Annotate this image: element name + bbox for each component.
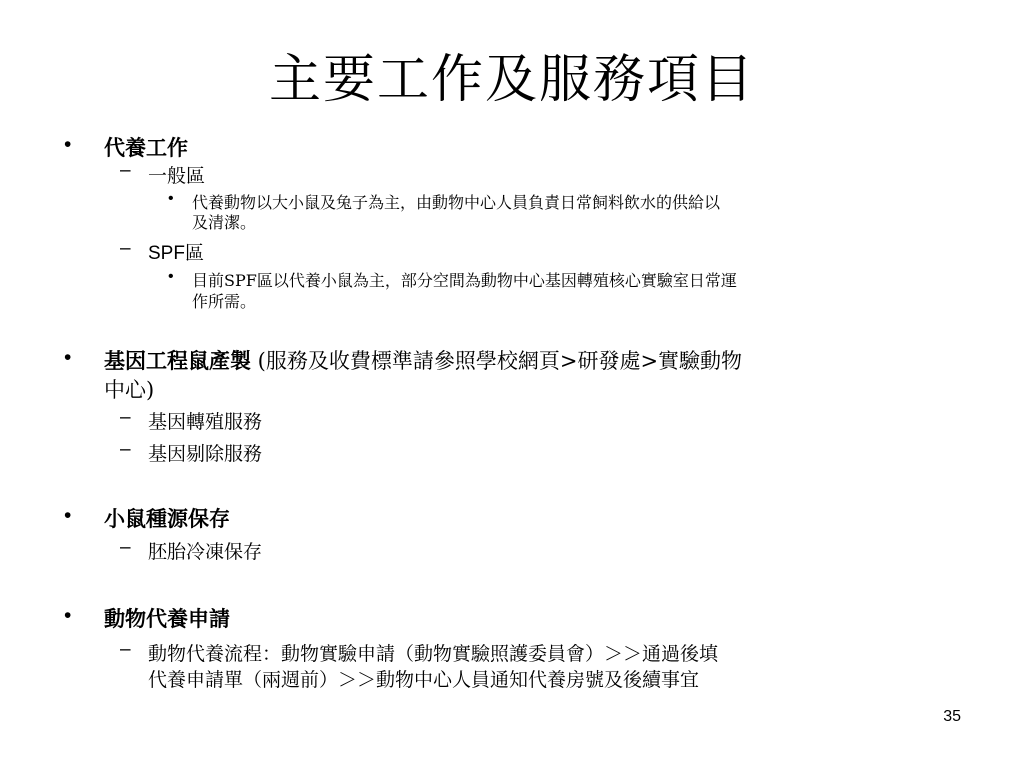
slide-body: • 代養工作 – 一般區 • 代養動物以大小鼠及兔子為主，由動物中心人員負責日常…: [0, 0, 1024, 768]
bullet-icon: •: [64, 133, 71, 157]
sub-item: 基因轉殖服務: [148, 407, 262, 434]
section-heading: 小鼠種源保存: [104, 503, 230, 533]
dash-icon: –: [120, 439, 131, 461]
dash-icon: –: [120, 639, 131, 661]
bullet-icon: •: [168, 268, 174, 286]
bullet-icon: •: [168, 190, 174, 208]
page-number: 35: [943, 708, 961, 726]
detail-text: 目前SPF區以代養小鼠為主，部分空間為動物中心基因轉殖核心實驗室日常運: [192, 268, 737, 291]
section-heading: 基因工程鼠產製: [104, 348, 251, 373]
sub-item: 一般區: [148, 161, 205, 188]
section-heading: 代養工作: [104, 132, 188, 162]
sub-item: 胚胎冷凍保存: [148, 537, 262, 564]
bullet-icon: •: [64, 604, 71, 628]
sub-item: SPF區: [148, 238, 204, 265]
detail-text: 作所需。: [192, 289, 256, 312]
dash-icon: –: [120, 537, 131, 559]
section-note: 中心): [104, 374, 154, 404]
section-note: (服務及收費標準請參照學校網頁>研發處>實驗動物: [251, 349, 742, 373]
dash-icon: –: [120, 160, 131, 182]
section-heading: 動物代養申請: [104, 603, 230, 633]
bullet-icon: •: [64, 504, 71, 528]
detail-text: 代養動物以大小鼠及兔子為主，由動物中心人員負責日常飼料飲水的供給以: [192, 190, 720, 213]
section-heading-line: 基因工程鼠產製 (服務及收費標準請參照學校網頁>研發處>實驗動物: [104, 345, 742, 375]
detail-text: 及清潔。: [192, 210, 256, 233]
sub-item: 基因剔除服務: [148, 439, 262, 466]
sub-item: 動物代養流程：動物實驗申請（動物實驗照護委員會）＞＞通過後填: [148, 639, 718, 666]
dash-icon: –: [120, 407, 131, 429]
bullet-icon: •: [64, 346, 71, 370]
sub-item: 代養申請單（兩週前）＞＞動物中心人員通知代養房號及後續事宜: [148, 665, 699, 692]
dash-icon: –: [120, 238, 131, 260]
